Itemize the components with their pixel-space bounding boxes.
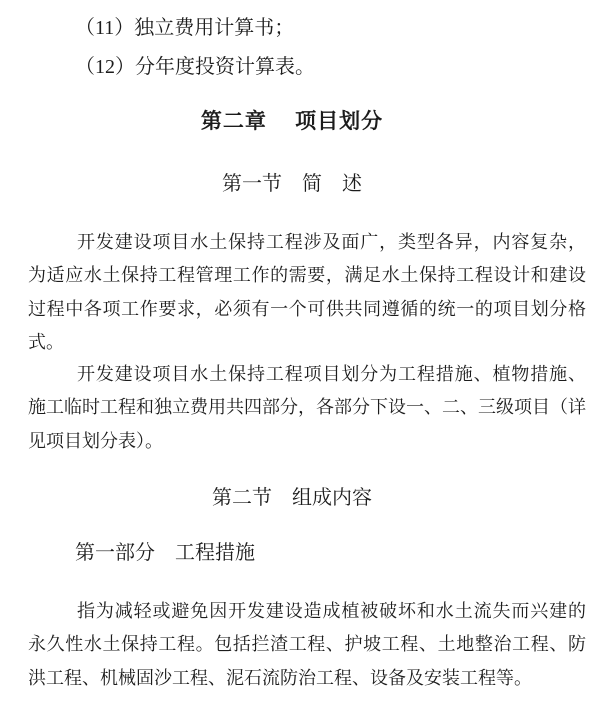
paragraph-line: 开发建设项目水土保持工程涉及面广，类型各异，内容复杂， [28, 226, 586, 259]
section1-heading: 第一节 简 述 [0, 174, 584, 195]
paragraph-1: 开发建设项目水土保持工程涉及面广，类型各异，内容复杂， 为适应水土保持工程管理工… [28, 226, 586, 360]
list-item-12: （12）分年度投资计算表。 [75, 57, 315, 77]
paragraph-line: 洪工程、机械固沙工程、泥石流防治工程、设备及安装工程等。 [28, 662, 586, 695]
paragraph-line: 见项目划分表）。 [28, 425, 586, 458]
paragraph-line: 施工临时工程和独立费用共四部分，各部分下设一、二、三级项目（详 [28, 391, 586, 424]
chapter-heading: 第二章 项目划分 [0, 110, 584, 133]
paragraph-line: 过程中各项工作要求，必须有一个可供共同遵循的统一的项目划分格 [28, 293, 586, 326]
paragraph-line: 式。 [28, 326, 586, 359]
paragraph-line: 指为减轻或避免因开发建设造成植被破坏和水土流失而兴建的 [28, 595, 586, 628]
paragraph-3: 指为减轻或避免因开发建设造成植被破坏和水土流失而兴建的 永久性水土保持工程。包括… [28, 595, 586, 695]
paragraph-2: 开发建设项目水土保持工程项目划分为工程措施、植物措施、 施工临时工程和独立费用共… [28, 358, 586, 458]
section2-heading: 第二节 组成内容 [0, 488, 584, 509]
document-page: （11）独立费用计算书； （12）分年度投资计算表。 第二章 项目划分 第一节 … [0, 0, 595, 703]
part1-heading: 第一部分 工程措施 [75, 542, 255, 564]
paragraph-line: 开发建设项目水土保持工程项目划分为工程措施、植物措施、 [28, 358, 586, 391]
list-item-11: （11）独立费用计算书； [75, 18, 294, 38]
paragraph-line: 永久性水土保持工程。包括拦渣工程、护坡工程、土地整治工程、防 [28, 628, 586, 661]
paragraph-line: 为适应水土保持工程管理工作的需要，满足水土保持工程设计和建设 [28, 259, 586, 292]
